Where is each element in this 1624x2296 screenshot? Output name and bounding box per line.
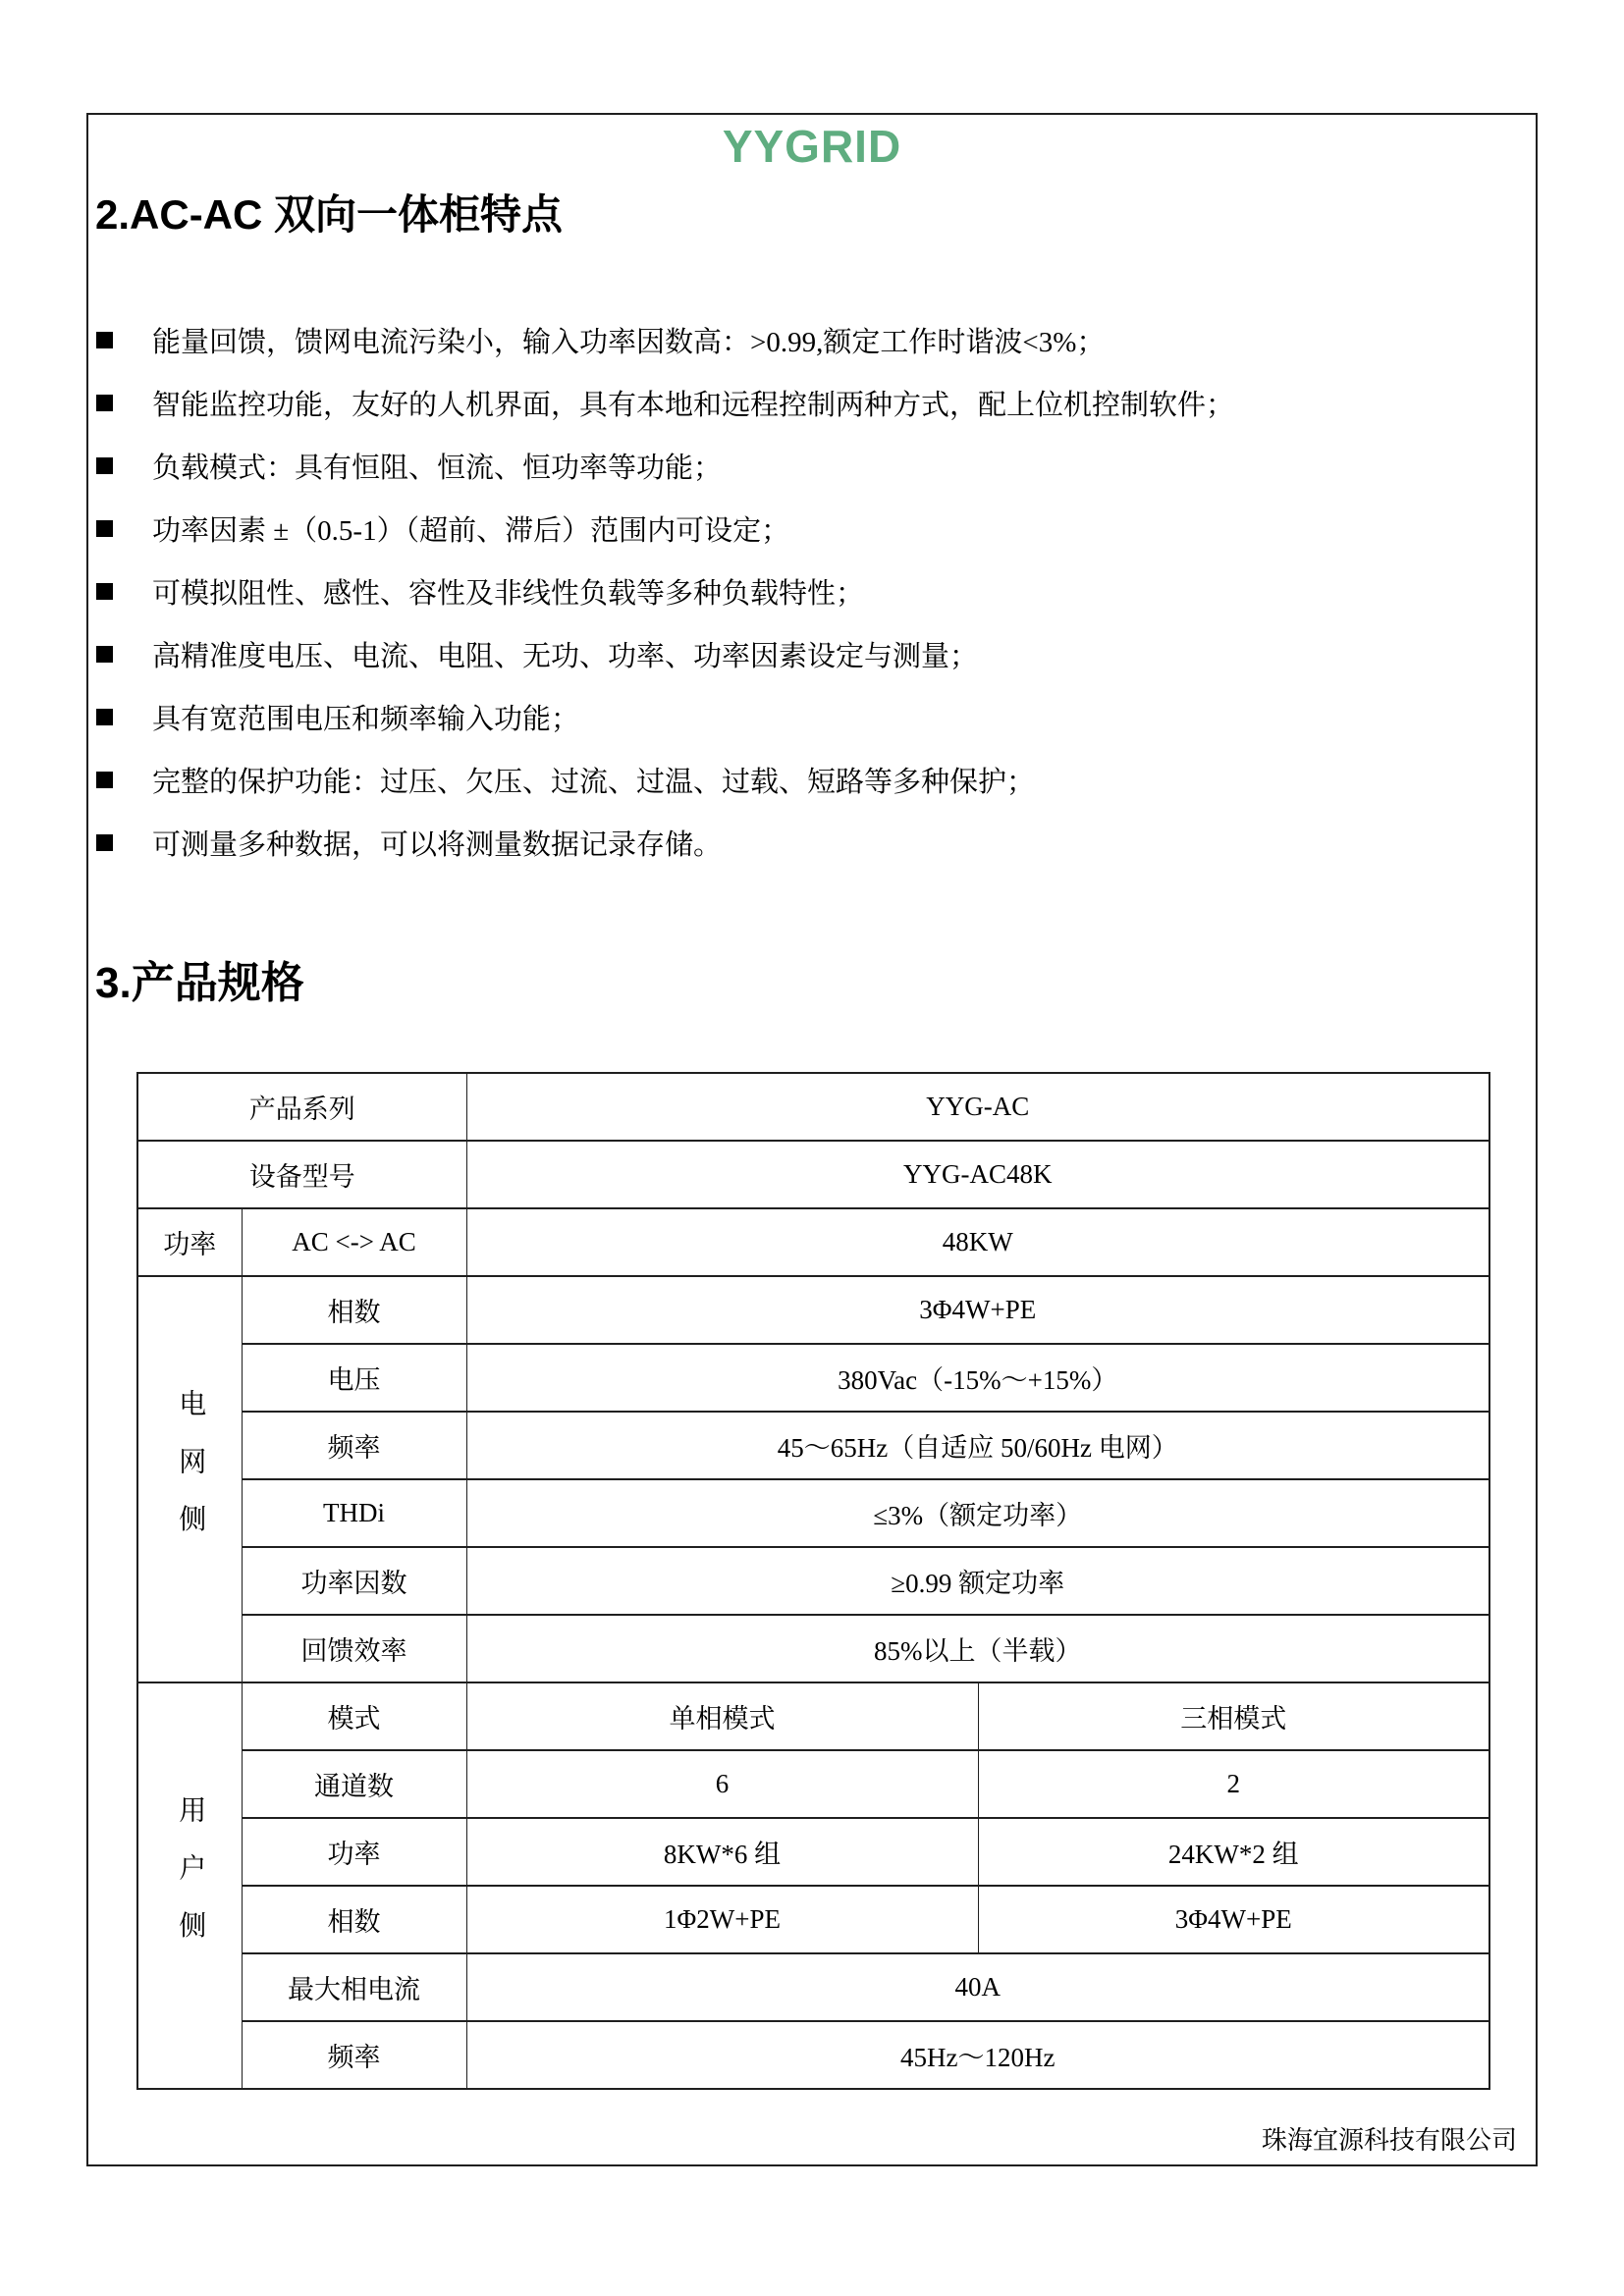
row-label: 回馈效率 <box>242 1615 466 1682</box>
list-item: 可模拟阻性、感性、容性及非线性负载等多种负载特性； <box>96 560 1490 622</box>
table-row: 最大相电流 40A <box>137 1953 1489 2021</box>
list-item: 高精准度电压、电流、电阻、无功、功率、功率因素设定与测量； <box>96 622 1490 685</box>
bullet-square-icon <box>96 834 113 851</box>
row-label: 频率 <box>242 2021 466 2089</box>
feature-list: 能量回馈，馈网电流污染小，输入功率因数高：>0.99,额定工作时谐波<3%； 智… <box>96 308 1490 874</box>
bullet-square-icon <box>96 646 113 663</box>
list-item: 可测量多种数据，可以将测量数据记录存储。 <box>96 811 1490 874</box>
bullet-square-icon <box>96 457 113 474</box>
row-label: 通道数 <box>242 1750 466 1818</box>
group-label-grid-side: 电网侧 <box>137 1276 242 1682</box>
bullet-square-icon <box>96 583 113 600</box>
bullet-square-icon <box>96 332 113 348</box>
bullet-square-icon <box>96 709 113 725</box>
group-label: 功率 <box>137 1208 242 1276</box>
feature-text: 高精准度电压、电流、电阻、无功、功率、功率因素设定与测量； <box>152 634 978 674</box>
feature-text: 可测量多种数据，可以将测量数据记录存储。 <box>152 823 722 863</box>
feature-text: 具有宽范围电压和频率输入功能； <box>152 697 579 737</box>
row-value: 85%以上（半载） <box>466 1615 1489 1682</box>
list-item: 功率因素 ±（0.5-1）（超前、滞后）范围内可设定； <box>96 497 1490 560</box>
spec-table: 产品系列 YYG-AC 设备型号 YYG-AC48K 功率 AC <-> AC … <box>136 1072 1490 2090</box>
table-row: THDi ≤3%（额定功率） <box>137 1479 1489 1547</box>
list-item: 智能监控功能，友好的人机界面，具有本地和远程控制两种方式，配上位机控制软件； <box>96 371 1490 434</box>
row-value: YYG-AC <box>466 1073 1489 1141</box>
feature-text: 能量回馈，馈网电流污染小，输入功率因数高：>0.99,额定工作时谐波<3%； <box>152 320 1105 360</box>
row-value-single-phase: 1Φ2W+PE <box>466 1886 978 1953</box>
row-value: 45～65Hz（自适应 50/60Hz 电网） <box>466 1412 1489 1479</box>
table-row: 频率 45Hz～120Hz <box>137 2021 1489 2089</box>
row-label: 相数 <box>242 1886 466 1953</box>
table-row: 设备型号 YYG-AC48K <box>137 1141 1489 1208</box>
row-value: ≤3%（额定功率） <box>466 1479 1489 1547</box>
row-value-three-phase: 2 <box>978 1750 1489 1818</box>
company-footer: 珠海宜源科技有限公司 <box>86 2120 1517 2157</box>
row-label: 功率 <box>242 1818 466 1886</box>
table-row: 频率 45～65Hz（自适应 50/60Hz 电网） <box>137 1412 1489 1479</box>
table-row: 回馈效率 85%以上（半载） <box>137 1615 1489 1682</box>
row-label: 频率 <box>242 1412 466 1479</box>
row-value: YYG-AC48K <box>466 1141 1489 1208</box>
row-value: 48KW <box>466 1208 1489 1276</box>
group-label-user-side: 用户侧 <box>137 1682 242 2089</box>
feature-text: 完整的保护功能：过压、欠压、过流、过温、过载、短路等多种保护； <box>152 760 1035 800</box>
document-page: YYGRID 2.AC-AC 双向一体柜特点 能量回馈，馈网电流污染小，输入功率… <box>0 0 1624 2296</box>
table-row: 相数 1Φ2W+PE 3Φ4W+PE <box>137 1886 1489 1953</box>
row-value-three-phase: 3Φ4W+PE <box>978 1886 1489 1953</box>
row-label: AC <-> AC <box>242 1208 466 1276</box>
row-value: 380Vac（-15%～+15%） <box>466 1344 1489 1412</box>
section-title-features: 2.AC-AC 双向一体柜特点 <box>95 190 563 240</box>
bullet-square-icon <box>96 395 113 411</box>
brand-logo: YYGRID <box>0 120 1624 173</box>
list-item: 具有宽范围电压和频率输入功能； <box>96 685 1490 748</box>
row-label: 电压 <box>242 1344 466 1412</box>
row-value: ≥0.99 额定功率 <box>466 1547 1489 1615</box>
row-value: 45Hz～120Hz <box>466 2021 1489 2089</box>
list-item: 能量回馈，馈网电流污染小，输入功率因数高：>0.99,额定工作时谐波<3%； <box>96 308 1490 371</box>
table-row: 电压 380Vac（-15%～+15%） <box>137 1344 1489 1412</box>
section-title-specs: 3.产品规格 <box>95 958 304 1010</box>
row-label: 功率因数 <box>242 1547 466 1615</box>
row-label: 最大相电流 <box>242 1953 466 2021</box>
bullet-square-icon <box>96 772 113 788</box>
table-row: 产品系列 YYG-AC <box>137 1073 1489 1141</box>
table-row: 电网侧 相数 3Φ4W+PE <box>137 1276 1489 1344</box>
row-value-single-phase: 单相模式 <box>466 1682 978 1750</box>
table-row: 功率 8KW*6 组 24KW*2 组 <box>137 1818 1489 1886</box>
row-value: 40A <box>466 1953 1489 2021</box>
list-item: 完整的保护功能：过压、欠压、过流、过温、过载、短路等多种保护； <box>96 748 1490 811</box>
row-label: 相数 <box>242 1276 466 1344</box>
row-label: THDi <box>242 1479 466 1547</box>
table-row: 功率 AC <-> AC 48KW <box>137 1208 1489 1276</box>
bullet-square-icon <box>96 520 113 537</box>
feature-text: 智能监控功能，友好的人机界面，具有本地和远程控制两种方式，配上位机控制软件； <box>152 383 1234 423</box>
feature-text: 可模拟阻性、感性、容性及非线性负载等多种负载特性； <box>152 571 864 612</box>
table-row: 通道数 6 2 <box>137 1750 1489 1818</box>
list-item: 负载模式：具有恒阻、恒流、恒功率等功能； <box>96 434 1490 497</box>
row-label: 模式 <box>242 1682 466 1750</box>
row-value-single-phase: 8KW*6 组 <box>466 1818 978 1886</box>
table-row: 用户侧 模式 单相模式 三相模式 <box>137 1682 1489 1750</box>
row-value-single-phase: 6 <box>466 1750 978 1818</box>
feature-text: 负载模式：具有恒阻、恒流、恒功率等功能； <box>152 446 722 486</box>
row-label: 产品系列 <box>137 1073 466 1141</box>
row-value-three-phase: 三相模式 <box>978 1682 1489 1750</box>
row-value-three-phase: 24KW*2 组 <box>978 1818 1489 1886</box>
row-label: 设备型号 <box>137 1141 466 1208</box>
table-row: 功率因数 ≥0.99 额定功率 <box>137 1547 1489 1615</box>
row-value: 3Φ4W+PE <box>466 1276 1489 1344</box>
feature-text: 功率因素 ±（0.5-1）（超前、滞后）范围内可设定； <box>152 508 789 549</box>
